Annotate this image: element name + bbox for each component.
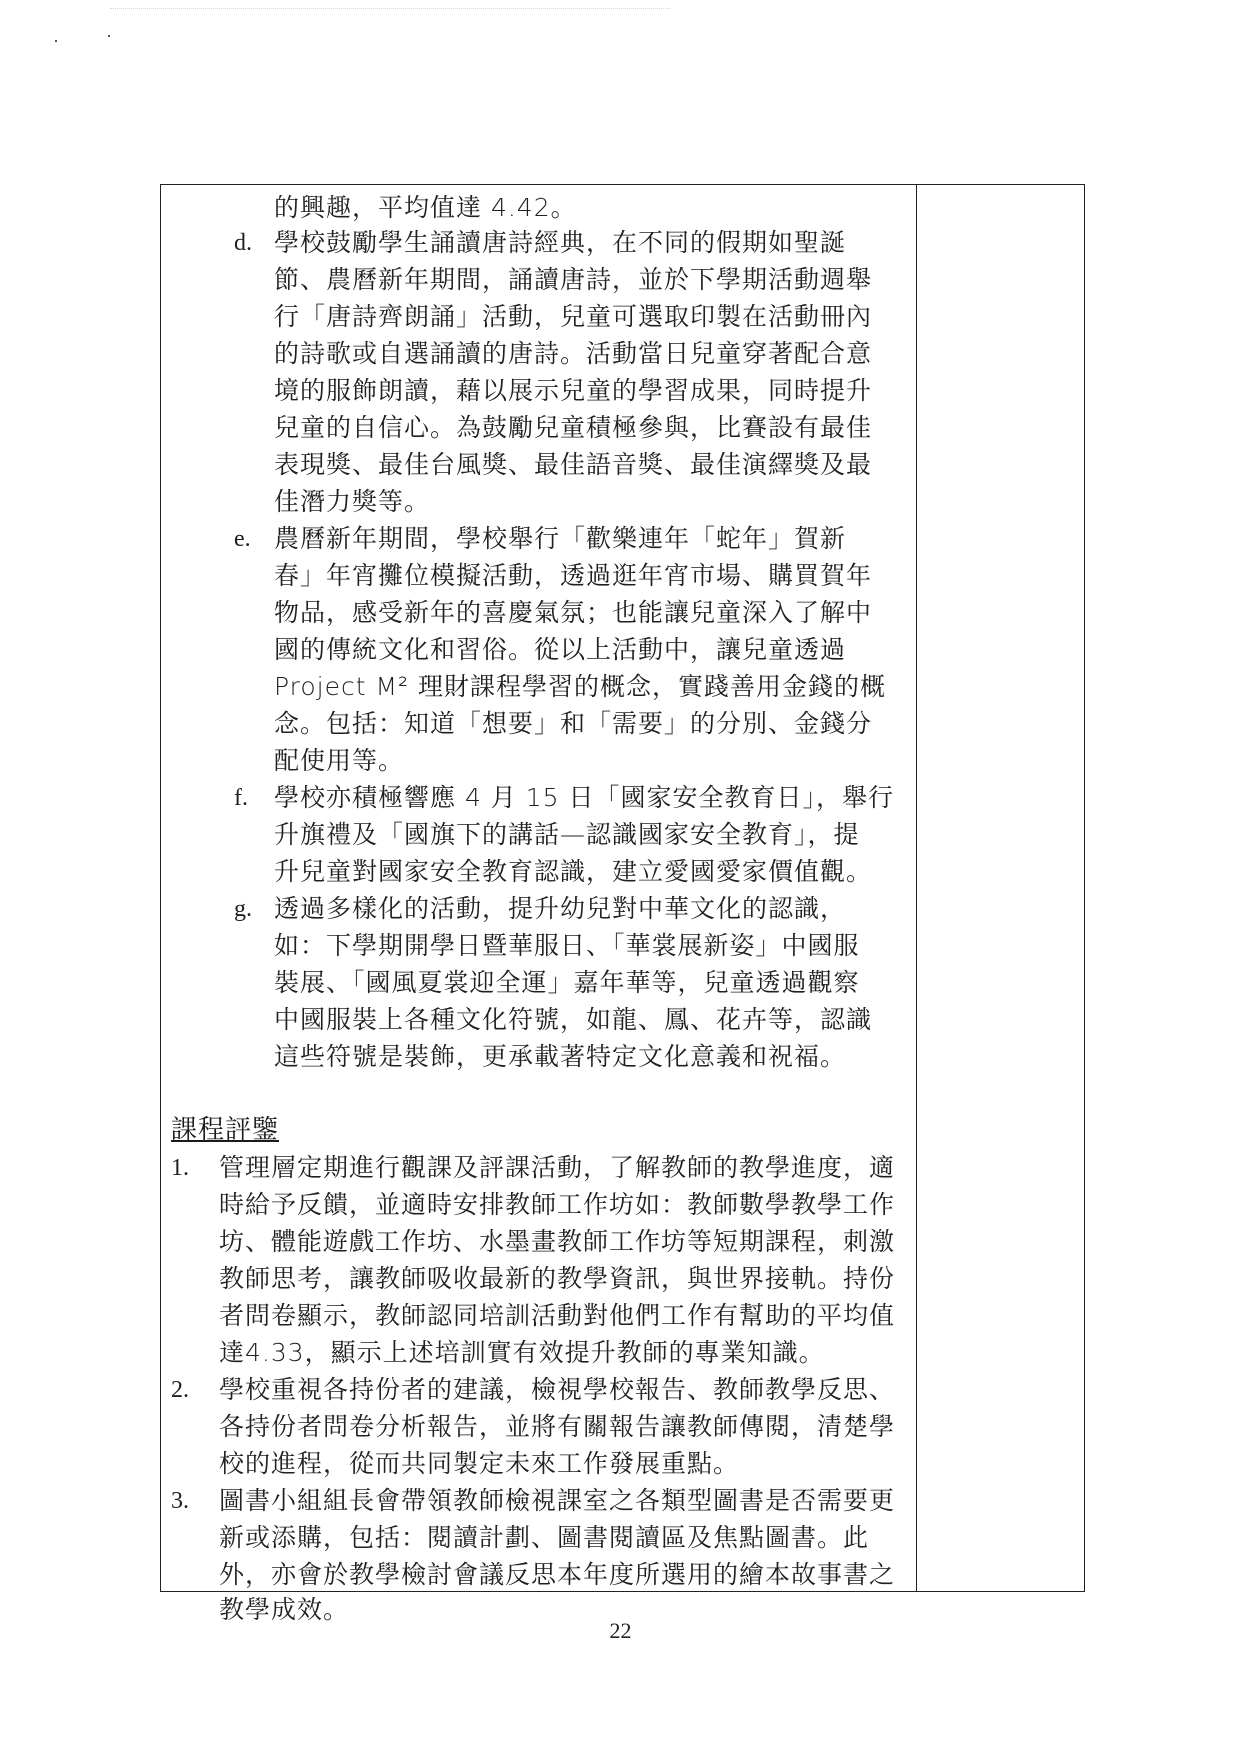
evaluation-1-line: 達4.33，顯示上述培訓實有效提升教師的專業知識。 [219, 1338, 825, 1368]
continuation-line: 的興趣，平均值達 4.42。 [274, 193, 577, 223]
activity-d-line: 佳潛力獎等。 [274, 487, 430, 517]
scan-speck [55, 40, 57, 42]
evaluation-3-line: 外，亦會於教學檢討會議反思本年度所選用的繪本故事書之 [219, 1560, 895, 1590]
activity-d-line: 學校鼓勵學生誦讀唐詩經典，在不同的假期如聖誕 [274, 228, 846, 258]
list-marker: 2. [171, 1375, 189, 1405]
activity-g-line: 如：下學期開學日暨華服日、「華裳展新姿」中國服 [274, 931, 860, 961]
list-marker: g. [234, 894, 252, 924]
activity-d-line: 行「唐詩齊朗誦」活動，兒童可選取印製在活動冊內 [274, 302, 872, 332]
activity-g-line: 透過多樣化的活動，提升幼兒對中華文化的認識， [274, 894, 846, 924]
activity-e-line: 農曆新年期間，學校舉行「歡樂連年「蛇年」賀新 [274, 524, 846, 554]
evaluation-2-line: 各持份者問卷分析報告，並將有關報告讓教師傳閱，清楚學 [219, 1412, 895, 1442]
evaluation-3-line: 圖書小組組長會帶領教師檢視課室之各類型圖書是否需要更 [219, 1486, 895, 1516]
evaluation-1-line: 管理層定期進行觀課及評課活動，了解教師的教學進度，適 [219, 1153, 895, 1183]
report-table: 的興趣，平均值達 4.42。 d. 學校鼓勵學生誦讀唐詩經典，在不同的假期如聖誕… [160, 184, 1085, 1592]
list-marker: f. [234, 783, 248, 813]
activity-d-line: 的詩歌或自選誦讀的唐詩。活動當日兒童穿著配合意 [274, 339, 872, 369]
section-heading: 課程評鑒 [171, 1115, 279, 1145]
evaluation-1-line: 坊、體能遊戲工作坊、水墨畫教師工作坊等短期課程，刺激 [219, 1227, 895, 1257]
activity-e-line: 物品，感受新年的喜慶氣氛；也能讓兒童深入了解中 [274, 598, 872, 628]
activity-g-line: 中國服裝上各種文化符號，如龍、鳳、花卉等，認識 [274, 1005, 872, 1035]
evaluation-2-line: 校的進程，從而共同製定未來工作發展重點。 [219, 1449, 739, 1479]
activity-e-line: 國的傳統文化和習俗。從以上活動中，讓兒童透過 [274, 635, 846, 665]
list-marker: e. [234, 524, 251, 554]
evaluation-1-line: 教師思考，讓教師吸收最新的教學資訊，與世界接軌。持份 [219, 1264, 895, 1294]
activity-e-line: 配使用等。 [274, 746, 404, 776]
activity-e-line: Project M² 理財課程學習的概念，實踐善用金錢的概 [274, 672, 886, 702]
activity-d-line: 境的服飾朗讀，藉以展示兒童的學習成果，同時提升 [274, 376, 872, 406]
evaluation-1-line: 時給予反饋，並適時安排教師工作坊如：教師數學教學工作 [219, 1190, 895, 1220]
activity-e-line: 春」年宵攤位模擬活動，透過逛年宵市場、購買賀年 [274, 561, 872, 591]
activity-g-line: 這些符號是裝飾，更承載著特定文化意義和祝福。 [274, 1042, 846, 1072]
activity-d-line: 表現獎、最佳台風獎、最佳語音獎、最佳演繹獎及最 [274, 450, 872, 480]
evaluation-2-line: 學校重視各持份者的建議，檢視學校報告、教師教學反思、 [219, 1375, 895, 1405]
scan-speck [108, 35, 110, 37]
activity-d-line: 節、農曆新年期間，誦讀唐詩，並於下學期活動週舉 [274, 265, 872, 295]
page-number: 22 [0, 1618, 1241, 1644]
activity-f-line: 升兒童對國家安全教育認識，建立愛國愛家價值觀。 [274, 857, 872, 887]
activity-d-line: 兒童的自信心。為鼓勵兒童積極參與，比賽設有最佳 [274, 413, 872, 443]
evaluation-1-line: 者問卷顯示，教師認同培訓活動對他們工作有幫助的平均值 [219, 1301, 895, 1331]
list-marker: 3. [171, 1486, 189, 1516]
activity-f-line: 升旗禮及「國旗下的講話—認識國家安全教育」，提 [274, 820, 860, 850]
evaluation-3-line: 新或添購，包括：閱讀計劃、圖書閱讀區及焦點圖書。此 [219, 1523, 869, 1553]
activity-g-line: 裝展、「國風夏裳迎全運」嘉年華等，兒童透過觀察 [274, 968, 860, 998]
activity-f-line: 學校亦積極響應 4 月 15 日「國家安全教育日」，舉行 [274, 783, 894, 813]
list-marker: d. [234, 228, 252, 258]
activity-e-line: 念。包括：知道「想要」和「需要」的分別、金錢分 [274, 709, 872, 739]
column-divider [916, 185, 917, 1591]
list-marker: 1. [171, 1153, 189, 1183]
scan-artifact [110, 8, 670, 11]
